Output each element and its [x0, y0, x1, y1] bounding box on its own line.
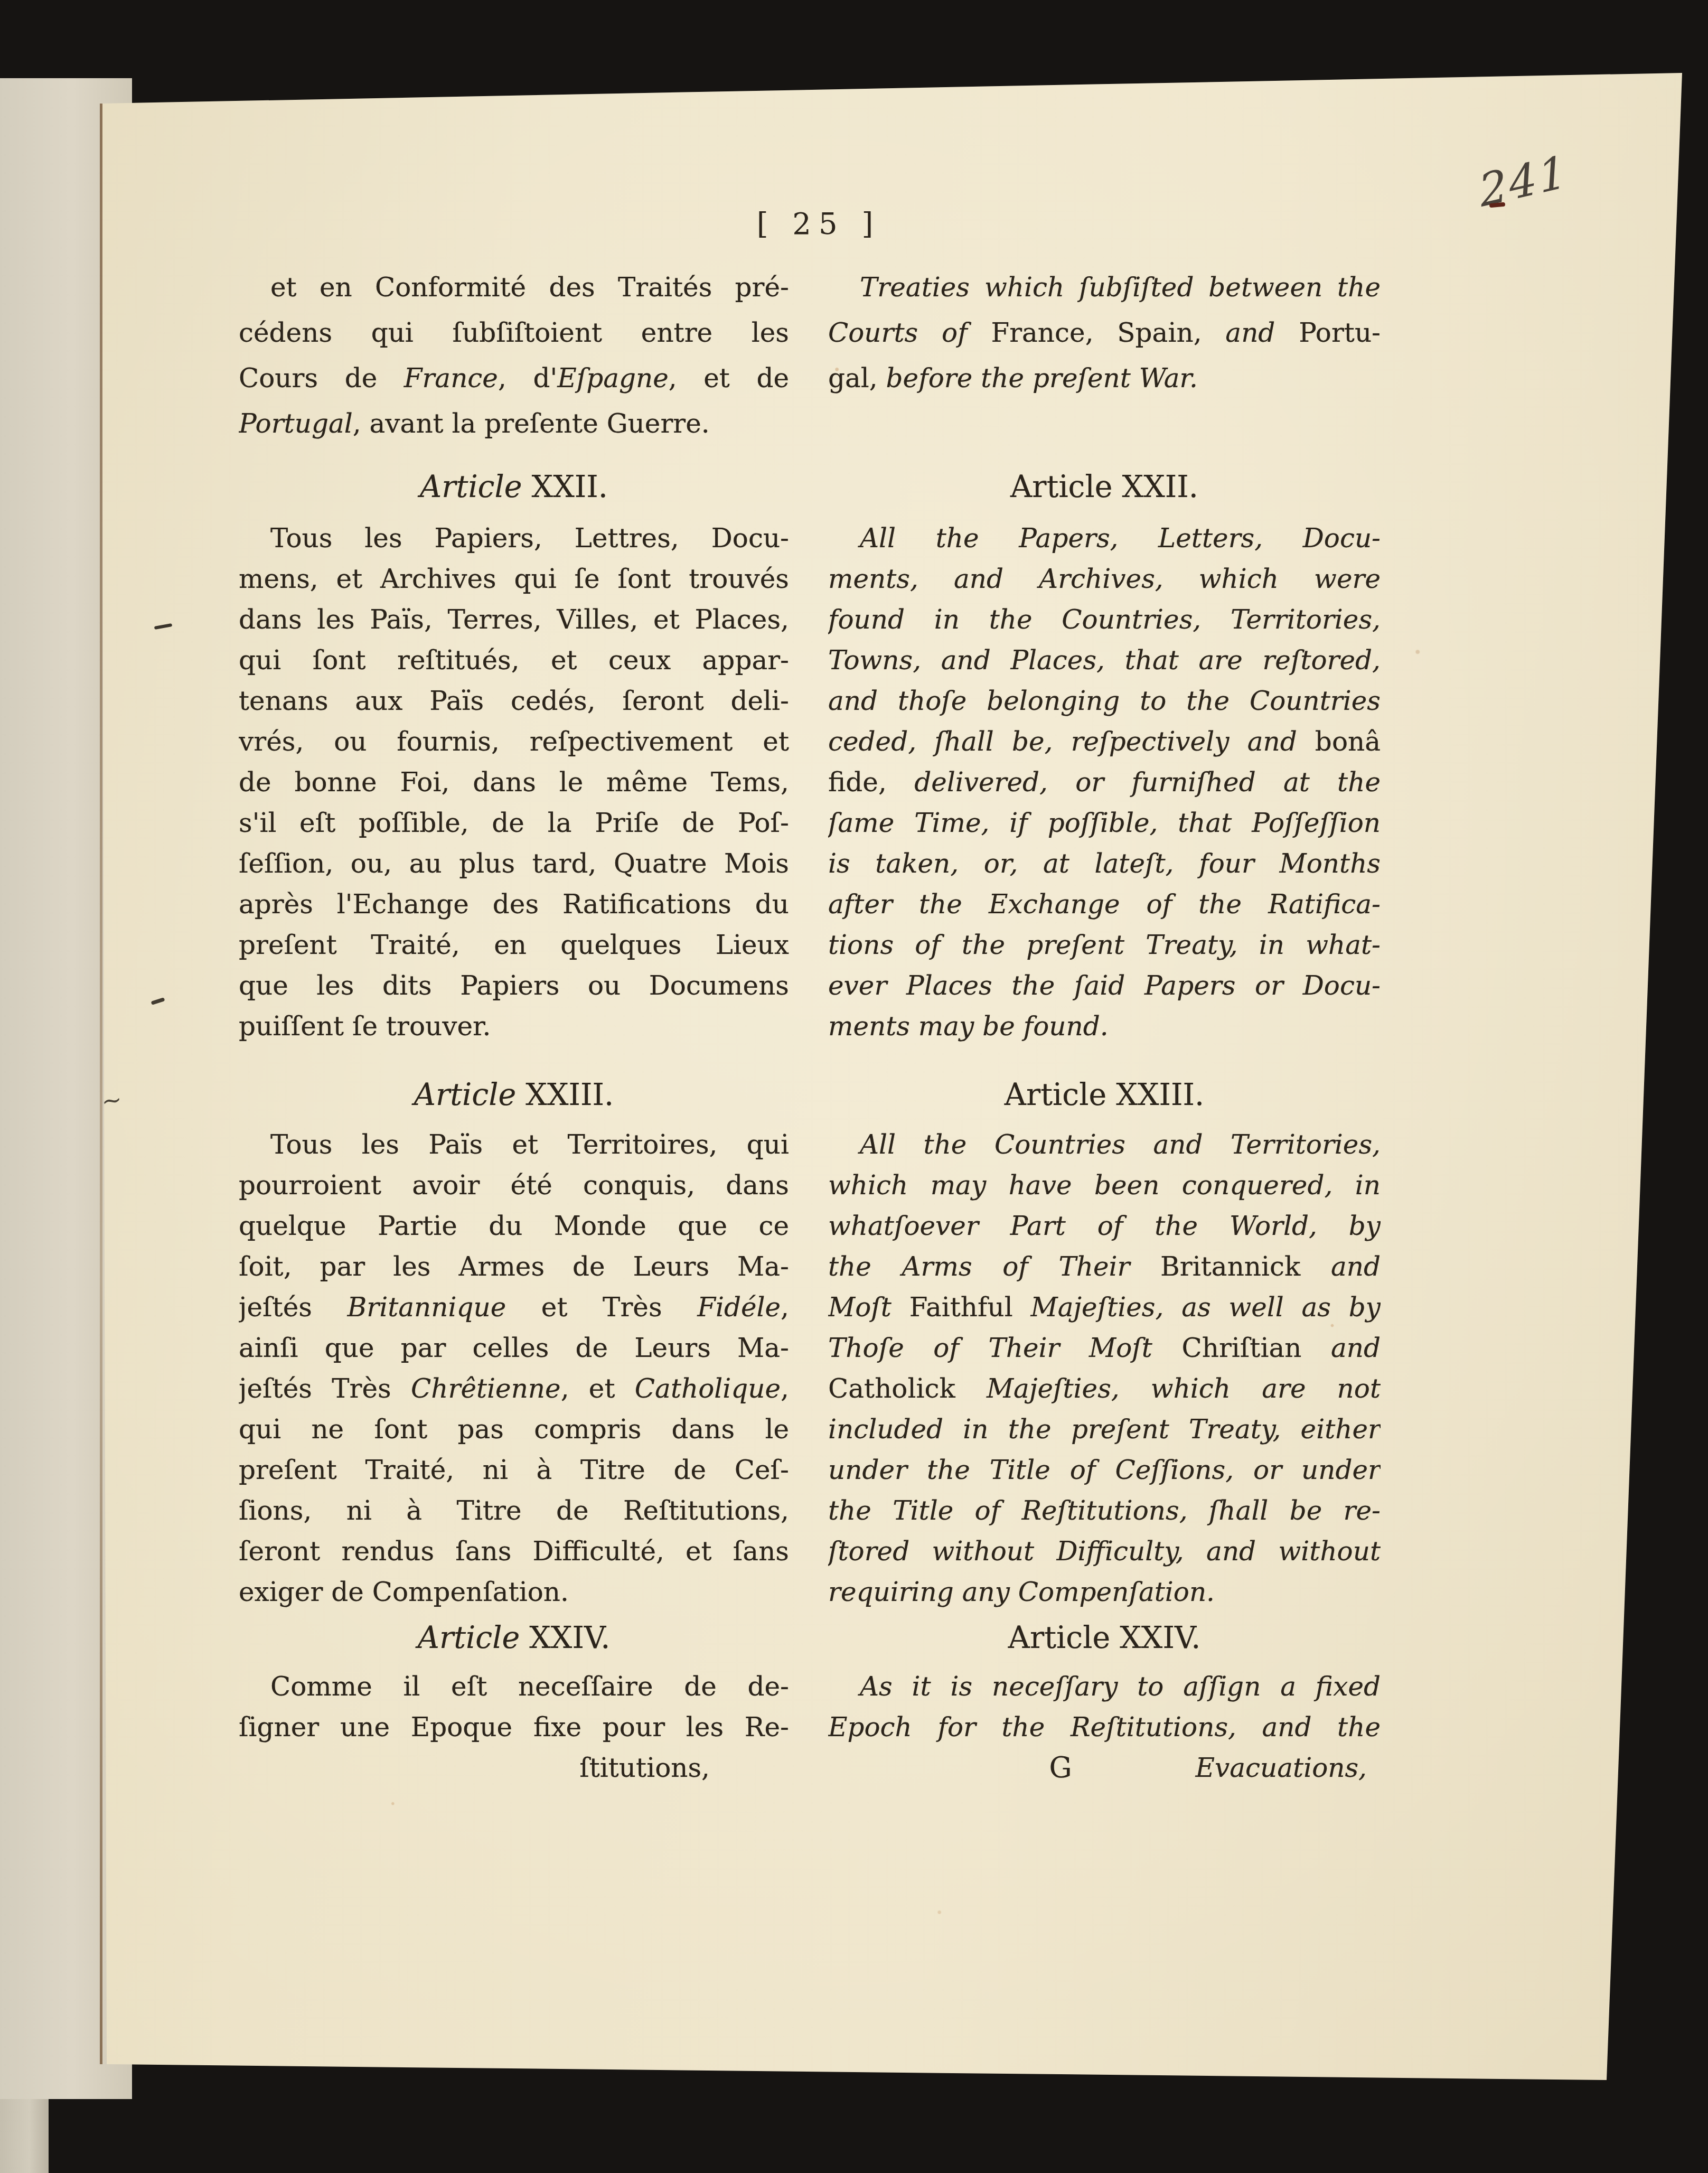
text-line: mens, et Archives qui ſe ſont trouvés [239, 560, 789, 601]
text-line: the Title of Reſtitutions, ſhall be re- [828, 1492, 1381, 1533]
paragraph: As it is neceſſary to aſſign a fixedEpoc… [828, 1668, 1381, 1790]
scanned-book-photo: [ 25 ] 241 et en Conformité des Traités … [0, 0, 1708, 2173]
text-line: gal, before the preſent War. [828, 358, 1381, 403]
text-line: ſoit, par les Armes de Leurs Ma- [239, 1248, 789, 1289]
text-line: Catholick Majeſties, which are not [828, 1370, 1381, 1411]
article-heading: Article XXIII. [239, 1078, 789, 1116]
text-line: pourroient avoir été conquis, dans [239, 1167, 789, 1207]
text-line: Cours de France, d'Eſpagne, et de [239, 358, 789, 403]
text-line: and thoſe belonging to the Countries [828, 682, 1381, 723]
catchword: Evacuations, [1195, 1749, 1367, 1786]
text-line: tenans aux Païs cedés, ſeront deli- [239, 682, 789, 723]
signature-mark: G [1049, 1749, 1072, 1786]
text-line: Comme il eſt neceſſaire de de- [239, 1668, 789, 1709]
text-line: Tous les Païs et Territoires, qui [239, 1126, 789, 1167]
text-line: ſame Time, if poſſible, that Poſſeſſion [828, 804, 1381, 845]
text-line: qui ne ſont pas compris dans le [239, 1411, 789, 1451]
text-line: As it is neceſſary to aſſign a fixed [828, 1668, 1381, 1709]
text-line: après l'Echange des Ratifications du [239, 886, 789, 926]
text-line: dans les Païs, Terres, Villes, et Places… [239, 601, 789, 642]
text-line: puiſſent ſe trouver. [239, 1008, 789, 1048]
text-line: Courts of France, Spain, and Portu- [828, 312, 1381, 358]
ink-mark: ~ [99, 1085, 124, 1116]
text-line: ments may be found. [828, 1008, 1381, 1048]
text-line: Towns, and Places, that are reſtored, [828, 642, 1381, 682]
text-line: ſtitutions, [239, 1749, 789, 1790]
english-column: Treaties which ſubſiſted between theCour… [828, 267, 1381, 1790]
text-line: de bonne Foi, dans le même Tems, [239, 764, 789, 804]
text-line: ſtored without Difficulty, and without [828, 1533, 1381, 1573]
text-line: s'il eſt poſſible, de la Priſe de Poſ- [239, 804, 789, 845]
paragraph: Tous les Païs et Territoires, quipourroi… [239, 1126, 789, 1614]
text-line: qui ſont reſtitués, et ceux appar- [239, 642, 789, 682]
text-line: ainſi que par celles de Leurs Ma- [239, 1329, 789, 1370]
text-line: All the Papers, Letters, Docu- [828, 520, 1381, 560]
text-line: found in the Countries, Territories, [828, 601, 1381, 642]
text-line: que les dits Papiers ou Documens [239, 967, 789, 1008]
text-line: ſeront rendus ſans Difficulté, et ſans [239, 1533, 789, 1573]
text-line: fide, delivered, or furniſhed at the [828, 764, 1381, 804]
text-line: Portugal, avant la preſente Guerre. [239, 403, 789, 448]
french-column: et en Conformité des Traités pré-cédens … [239, 267, 789, 1790]
text-line: after the Exchange of the Ratifica- [828, 886, 1381, 926]
paragraph: Comme il eſt neceſſaire de de-ſigner une… [239, 1668, 789, 1790]
article-heading: Article XXII. [828, 470, 1381, 508]
text-line: under the Title of Ceſſions, or under [828, 1451, 1381, 1492]
text-line: Tous les Papiers, Lettres, Docu- [239, 520, 789, 560]
text-line: cédens qui ſubſiſtoient entre les [239, 312, 789, 358]
text-line: Thoſe of Their Moſt Chriſtian and [828, 1329, 1381, 1370]
text-line: quelque Partie du Monde que ce [239, 1207, 789, 1248]
page-number: [ 25 ] [702, 207, 935, 241]
text-line: Epoch for the Reſtitutions, and the [828, 1709, 1381, 1749]
text-line: ever Places the ſaid Papers or Docu- [828, 967, 1381, 1008]
text-line: tions of the preſent Treaty, in what- [828, 926, 1381, 967]
text-line: preſent Traité, en quelques Lieux [239, 926, 789, 967]
text-line: jeſtés Très Chrêtienne, et Catholique, [239, 1370, 789, 1411]
paragraph: Treaties which ſubſiſted between theCour… [828, 267, 1381, 403]
text-line: the Arms of Their Britannick and [828, 1248, 1381, 1289]
text-line: included in the preſent Treaty, either [828, 1411, 1381, 1451]
paragraph: Tous les Papiers, Lettres, Docu-mens, et… [239, 520, 789, 1048]
text-line: Moſt Faithful Majeſties, as well as by [828, 1289, 1381, 1329]
article-heading: Article XXIII. [828, 1078, 1381, 1116]
article-heading: Article XXII. [239, 470, 789, 508]
text-line: ſigner une Epoque fixe pour les Re- [239, 1709, 789, 1749]
text-line: vrés, ou fournis, reſpectivement et [239, 723, 789, 764]
text-line: preſent Traité, ni à Titre de Ceſ- [239, 1451, 789, 1492]
text-line: jeſtés Britannique et Très Fidéle, [239, 1289, 789, 1329]
paragraph: All the Countries and Territories,which … [828, 1126, 1381, 1614]
text-line: All the Countries and Territories, [828, 1126, 1381, 1167]
text-line: ments, and Archives, which were [828, 560, 1381, 601]
text-line: ſions, ni à Titre de Reſtitutions, [239, 1492, 789, 1533]
text-line: et en Conformité des Traités pré- [239, 267, 789, 312]
text-line: requiring any Compenſation. [828, 1573, 1381, 1614]
article-heading: Article XXIV. [828, 1621, 1381, 1659]
page-gutter-edge [100, 104, 102, 2064]
paragraph: All the Papers, Letters, Docu-ments, and… [828, 520, 1381, 1048]
text-line: which may have been conquered, in [828, 1167, 1381, 1207]
text-line: whatſoever Part of the World, by [828, 1207, 1381, 1248]
text-line: ceded, ſhall be, reſpectively and bonâ [828, 723, 1381, 764]
text-line: exiger de Compenſation. [239, 1573, 789, 1614]
text-line: Treaties which ſubſiſted between the [828, 267, 1381, 312]
article-heading: Article XXIV. [239, 1621, 789, 1659]
paragraph: et en Conformité des Traités pré-cédens … [239, 267, 789, 448]
text-line: GEvacuations, [828, 1749, 1381, 1790]
text-line: is taken, or, at lateſt, four Months [828, 845, 1381, 886]
text-line: ſeſſion, ou, au plus tard, Quatre Mois [239, 845, 789, 886]
